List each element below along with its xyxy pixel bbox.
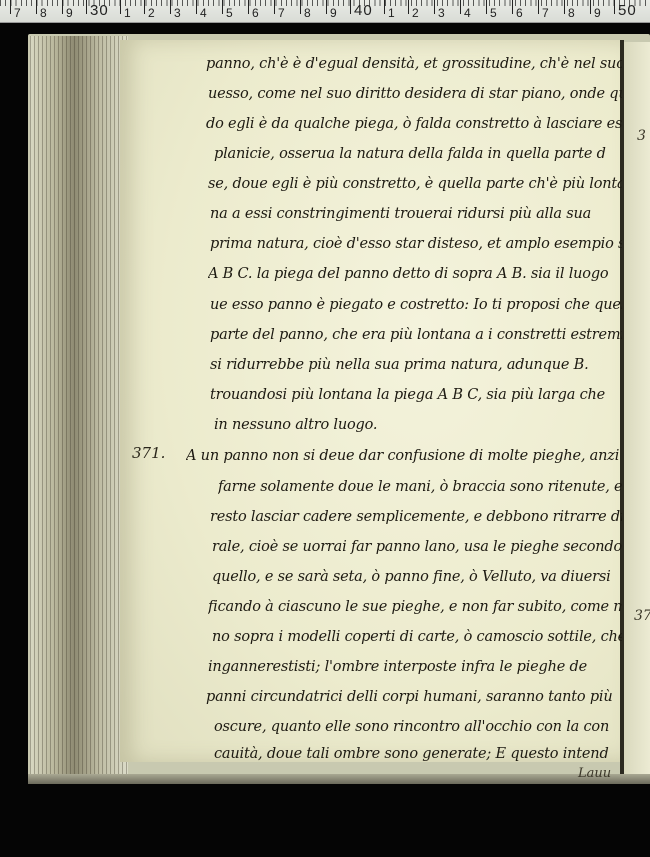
ruler-label: 8 [304,6,311,20]
ruler-major-tick [512,0,513,14]
ruler-major-tick [170,0,171,14]
facing-page-edge [624,42,650,780]
ruler-major-tick [384,0,385,14]
ruler-label: 3 [174,6,181,20]
ruler-label: 9 [594,6,601,20]
ruler-label: 7 [542,6,549,20]
facing-margin-number-bottom: 37 [634,608,650,624]
manuscript-line: panno, ch'è è d'egual densità, et grossi… [206,56,622,72]
ruler-major-tick [274,0,275,14]
manuscript-line: na a essi constringimenti trouerai ridur… [210,206,591,222]
manuscript-line: no sopra i modelli coperti di carte, ò c… [212,629,622,645]
ruler-major-tick [460,0,461,14]
manuscript-line: ficando à ciascuno le sue pieghe, e non … [208,599,622,615]
ruler-major-tick [408,0,409,14]
manuscript-line: planicie, osserua la natura della falda … [214,146,606,162]
ruler-major-tick [144,0,145,14]
ruler-major-tick [86,0,87,14]
ruler-major-tick [434,0,435,14]
manuscript-line: cauità, doue tali ombre sono generate; E… [214,746,609,762]
ruler-major-tick [196,0,197,14]
ruler-major-tick [590,0,591,14]
measuring-ruler: 789301234567894012345678950 [0,0,650,23]
ruler-major-tick [36,0,37,14]
ruler-label: 9 [330,6,337,20]
manuscript-line: ingannerestisti; l'ombre interposte infr… [208,659,587,675]
ruler-label: 2 [412,6,419,20]
manuscript-line: si ridurrebbe più nella sua prima natura… [210,357,589,373]
ruler-major-tick [326,0,327,14]
ruler-major-tick [300,0,301,14]
ruler-major-tick [564,0,565,14]
ruler-label: 2 [148,6,155,20]
ruler-label: 3 [438,6,445,20]
manuscript-line: panni circundatrici delli corpi humani, … [206,689,613,705]
ruler-major-tick [538,0,539,14]
manuscript-line: rale, cioè se uorrai far panno lano, usa… [212,539,622,555]
manuscript-line: se, doue egli è più constretto, è quella… [208,176,622,192]
manuscript-line: uesso, come nel suo diritto desidera di … [208,86,622,102]
manuscript-line: trouandosi più lontana la piega A B C, s… [210,387,605,403]
manuscript-line: prima natura, cioè d'esso star disteso, … [210,236,622,252]
manuscript-line: A B C. la piega del panno detto di sopra… [208,266,608,282]
ruler-label: 8 [40,6,47,20]
ruler-major-tick [120,0,121,14]
manuscript-line: A un panno non si deue dar confusione di… [186,448,619,464]
manuscript-line: farne solamente doue le mani, ò braccia … [218,479,622,495]
page-stack-edge [30,36,128,776]
ruler-major-tick [486,0,487,14]
ruler-major-tick [248,0,249,14]
ruler-label: 40 [354,4,373,18]
facing-margin-number-top: 3 [637,128,646,144]
manuscript-line: do egli è da qualche piega, ò falda cons… [206,116,622,132]
ruler-label: 30 [90,4,109,18]
ruler-major-tick [10,0,11,14]
ruler-label: 1 [388,6,395,20]
manuscript-line: resto lasciar cadere semplicemente, e de… [210,509,622,525]
ruler-label: 8 [568,6,575,20]
catchword: Lauu [578,766,611,781]
ruler-label: 1 [124,6,131,20]
ruler-label: 5 [226,6,233,20]
manuscript-line: ue esso panno è piegato e costretto: Io … [210,297,622,313]
paragraph-number: 371. [132,444,165,462]
book-bottom-edge [28,774,650,784]
ruler-label: 9 [66,6,73,20]
ruler-label: 4 [464,6,471,20]
manuscript-line: parte del panno, che era più lontana a i… [210,327,622,343]
manuscript-line: oscure, quanto elle sono rincontro all'o… [214,719,609,735]
ruler-major-tick [62,0,63,14]
ruler-major-tick [222,0,223,14]
ruler-major-tick [614,0,615,14]
ruler-label: 50 [618,4,637,18]
manuscript-line: quello, e se sarà seta, ò panno fine, ò … [212,569,611,585]
ruler-label: 5 [490,6,497,20]
ruler-label: 6 [516,6,523,20]
ruler-major-tick [350,0,351,14]
ruler-label: 7 [14,6,21,20]
ruler-label: 6 [252,6,259,20]
ruler-label: 4 [200,6,207,20]
ruler-label: 7 [278,6,285,20]
manuscript-line: in nessuno altro luogo. [214,417,377,433]
